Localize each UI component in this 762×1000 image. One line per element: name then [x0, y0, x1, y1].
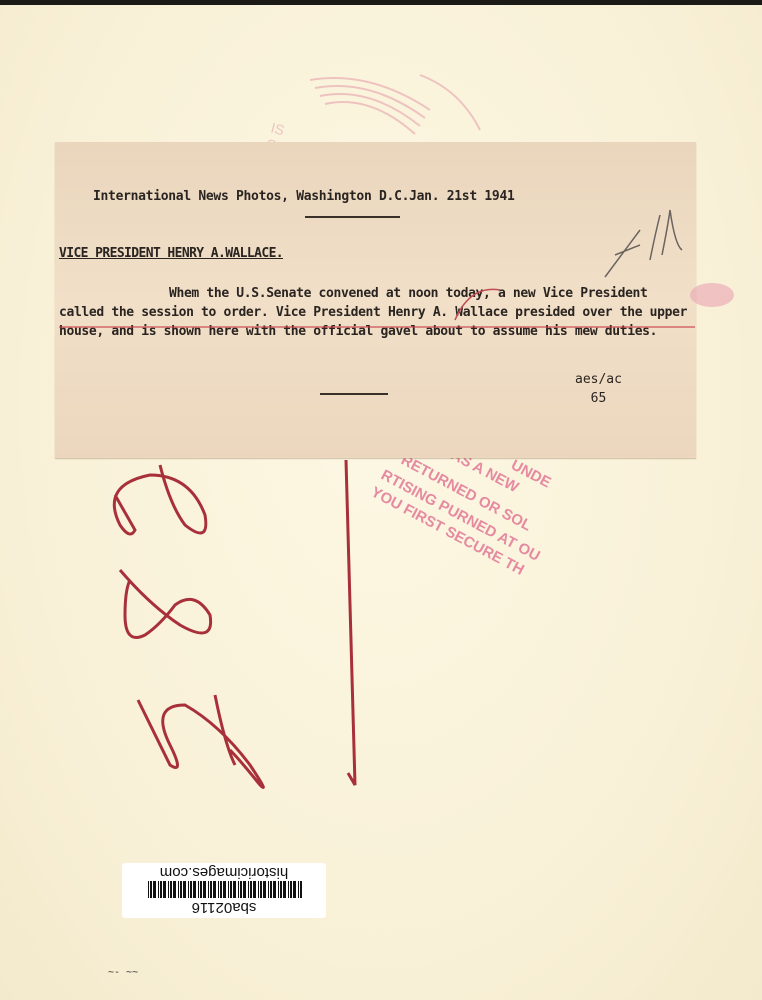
red-crayon-line — [346, 460, 355, 785]
barcode-code: sba02116 — [122, 899, 326, 916]
pencil-marks: ~- ~~ — [108, 967, 138, 978]
red-crayon-digit-9 — [114, 465, 206, 534]
red-crayon-digit-2 — [138, 695, 263, 788]
pencil-note-file — [605, 210, 682, 277]
barcode-label: sba02116 historicimages.com — [122, 863, 326, 918]
photo-back-paper: IS OTO UNDE AS A NEW RETURNED OR SOL RTI… — [0, 5, 762, 1000]
red-crayon-digit-8 — [120, 570, 211, 638]
barcode-icon — [146, 881, 302, 898]
barcode-site: historicimages.com — [122, 864, 326, 881]
handwriting-overlay — [0, 5, 762, 1000]
